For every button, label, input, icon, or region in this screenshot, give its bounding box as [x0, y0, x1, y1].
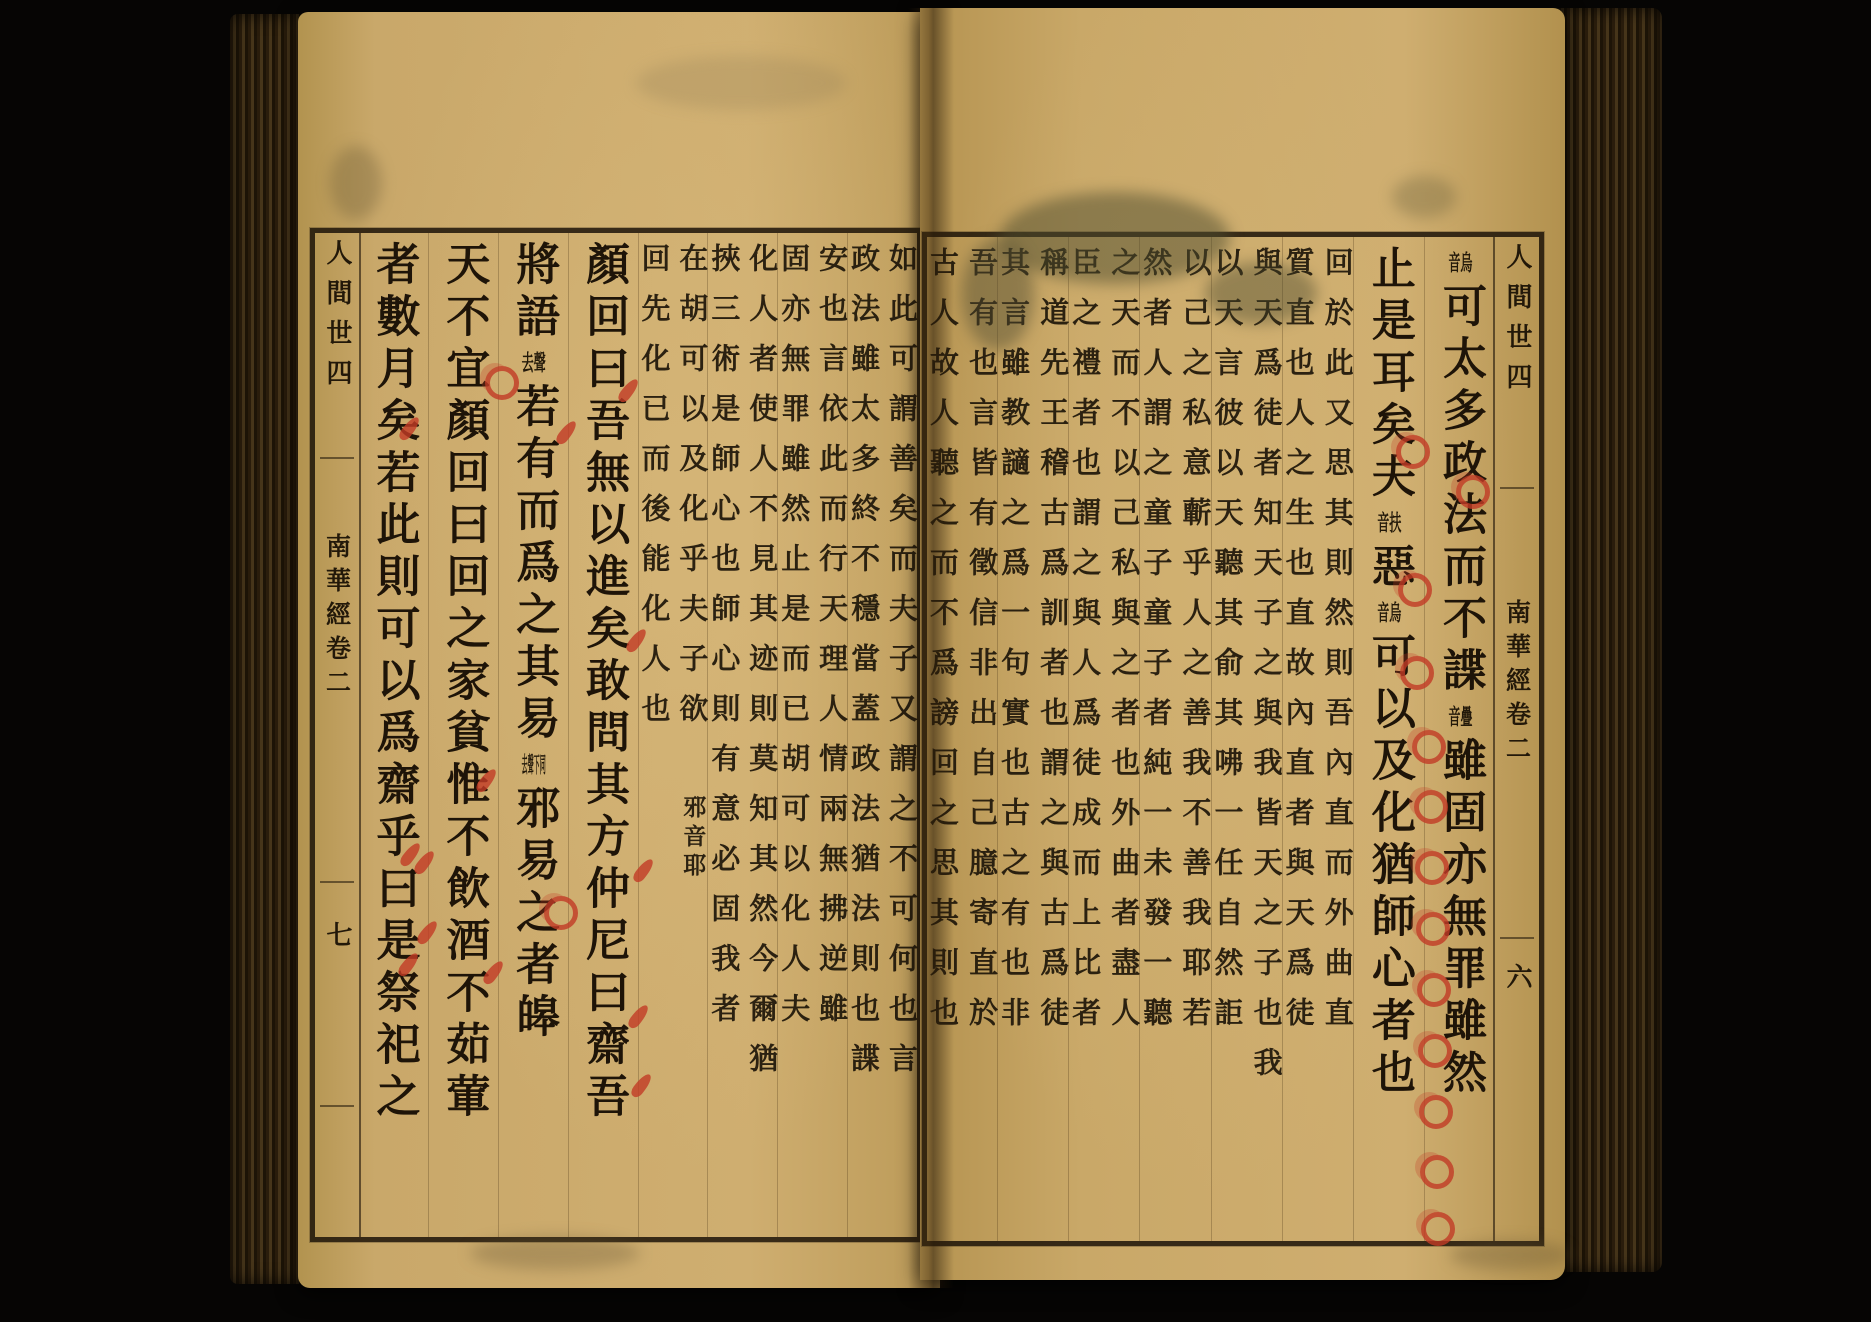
ink-stain [962, 238, 1034, 350]
red-punctuation-ring [1398, 573, 1432, 607]
red-punctuation-ring [1400, 656, 1434, 690]
paper-stain [1450, 1240, 1570, 1270]
commentary-left-subcolumn: 回先化已而後能化人也 [640, 243, 669, 743]
paper-stain [330, 146, 382, 220]
scripture-text: 若有而爲之其易 [508, 383, 559, 747]
pronunciation-gloss: 音扶 [1377, 505, 1402, 543]
ink-stain [1205, 262, 1317, 324]
left-folio-margin-strip: 人間世四 南華經卷二 七 [315, 233, 361, 1237]
right-text-frame: 人間世四 南華經卷二 六 音烏可太多政法而不諜音疊雖固亦無罪雖然止是耳矣夫音扶惡… [922, 232, 1544, 1246]
scripture-text: 將語 [508, 241, 559, 345]
commentary-left-subcolumn: 臣之禮者也謂之與人爲徒成而上比者 [1070, 247, 1099, 1047]
commentary-right-subcolumn: 安也言依此而行天理人情兩無拂逆雖 [817, 243, 846, 1043]
commentary-left-subcolumn: 質直也人之生也直故內直者與天爲徒 [1284, 247, 1313, 1047]
photo-canvas: 人間世四 南華經卷二 七 如此可謂善矣而夫子又謂之不可何也言政法雖太多終不穩當蓋… [0, 0, 1871, 1322]
column-text: 天不宜顏回曰回之家貧惟不飲酒不茹葷 [441, 241, 485, 1125]
strip-divider [320, 1105, 354, 1107]
commentary-column: 與天爲徒者知天子之與我皆天之子也我以天言彼以天聽其俞其咈一任自然詎 [1211, 237, 1282, 1241]
commentary-left-subcolumn: 其言雖教讁之爲一句實也古之有也非 [999, 247, 1028, 1047]
column-text: 者數月矣若此則可以爲齋乎曰是祭祀之 [371, 241, 415, 1125]
commentary-left-subcolumn: 以天言彼以天聽其俞其咈一任自然詎 [1213, 247, 1242, 1047]
commentary-right-subcolumn: 稱道先王稽古爲訓者也謂之與古爲徒 [1038, 247, 1067, 1047]
scripture-text: 可以及化猶師心者也 [1364, 633, 1415, 1101]
scripture-text: 天不宜顏回曰回之家貧惟不飲酒不茹葷 [438, 241, 489, 1125]
left-page: 人間世四 南華經卷二 七 如此可謂善矣而夫子又謂之不可何也言政法雖太多終不穩當蓋… [298, 12, 940, 1288]
column-text: 音烏可太多政法而不諜音疊雖固亦無罪雖然 [1438, 245, 1482, 1101]
red-punctuation-ring [544, 896, 578, 930]
pronunciation-gloss: 邪音耶 [679, 795, 705, 882]
chapter-label: 人間世四 [1504, 243, 1530, 403]
strip-divider [320, 881, 354, 883]
red-punctuation-ring [1419, 1095, 1453, 1129]
page-number: 六 [1504, 963, 1530, 989]
commentary-right-subcolumn: 回於此又思其則然則吾內直而外曲直 [1323, 247, 1352, 1047]
column-text: 顏回曰吾無以進矣敢問其方仲尼曰齋吾 [581, 241, 625, 1125]
paper-stain [636, 56, 846, 110]
red-punctuation-ring [1418, 1034, 1452, 1068]
ink-stain [1000, 192, 1230, 284]
commentary-right-subcolumn: 以己之私意蘄乎人之善我不善我耶若 [1181, 247, 1210, 1047]
main-text-column: 者數月矣若此則可以爲齋乎曰是祭祀之 [359, 233, 428, 1237]
commentary-right-subcolumn: 化人者使人不見其迹則莫知其然今爾猶 [747, 243, 776, 1093]
commentary-column: 化人者使人不見其迹則莫知其然今爾猶挾三術是師心也師心則有意必固我者 [707, 233, 777, 1237]
red-punctuation-ring [1415, 851, 1449, 885]
red-punctuation-ring [1412, 730, 1446, 764]
paper-stain [470, 1236, 640, 1270]
pronunciation-gloss: 音烏 [1448, 245, 1473, 283]
commentary-left-subcolumn: 然者人謂之童子童子者純一未發一聽 [1141, 247, 1170, 1047]
commentary-right-subcolumn: 與天爲徒者知天子之與我皆天之子也我 [1252, 247, 1281, 1097]
commentary-column: 在胡可以及化乎夫子欲邪音耶回先化已而後能化人也 [638, 233, 708, 1237]
strip-divider [1500, 937, 1534, 939]
gutter-shadow [908, 8, 954, 1288]
volume-label: 南華經卷二 [1505, 599, 1530, 769]
commentary-right-subcolumn: 在胡可以及化乎夫子欲邪音耶 [677, 243, 706, 882]
commentary-right-subcolumn: 之天而不以己私與之者也外曲者盡人 [1109, 247, 1138, 1047]
right-page: 人間世四 南華經卷二 六 音烏可太多政法而不諜音疊雖固亦無罪雖然止是耳矣夫音扶惡… [920, 8, 1565, 1280]
commentary-column: 以己之私意蘄乎人之善我不善我耶若然者人謂之童子童子者純一未發一聽 [1139, 237, 1210, 1241]
commentary-left-subcolumn: 政法雖太多終不穩當蓋政法猶法則也諜 [849, 243, 878, 1093]
pronunciation-gloss: 音烏 [1377, 595, 1402, 633]
page-stack-right-texture [1558, 8, 1662, 1272]
commentary-right-subcolumn: 吾有也言皆有徵信非出自己臆寄直於 [967, 247, 996, 1047]
commentary-column: 安也言依此而行天理人情兩無拂逆雖固亦無罪雖然止是而已胡可以化人夫 [777, 233, 847, 1237]
commentary-column: 之天而不以己私與之者也外曲者盡人臣之禮者也謂之與人爲徒成而上比者 [1068, 237, 1139, 1241]
ink-stain [1392, 176, 1456, 218]
pronunciation-gloss: 去聲下同 [521, 747, 546, 785]
page-number: 七 [324, 921, 350, 947]
left-text-frame: 人間世四 南華經卷二 七 如此可謂善矣而夫子又謂之不可何也言政法雖太多終不穩當蓋… [310, 228, 922, 1242]
pronunciation-gloss: 音疊 [1448, 699, 1473, 737]
pronunciation-gloss: 去聲 [521, 345, 546, 383]
scripture-text: 顏回曰吾無以進矣敢問其方仲尼曰齋吾 [578, 241, 629, 1125]
red-punctuation-ring [1396, 435, 1430, 469]
commentary-column: 回於此又思其則然則吾內直而外曲直質直也人之生也直故內直者與天爲徒 [1282, 237, 1353, 1241]
strip-divider [1500, 487, 1534, 489]
commentary-column: 如此可謂善矣而夫子又謂之不可何也言政法雖太多終不穩當蓋政法猶法則也諜 [847, 233, 917, 1237]
strip-divider [320, 457, 354, 459]
red-punctuation-ring [485, 366, 519, 400]
red-punctuation-ring [1456, 475, 1490, 509]
right-folio-margin-strip: 人間世四 南華經卷二 六 [1493, 237, 1539, 1241]
red-punctuation-ring [1421, 1212, 1455, 1246]
page-stack-left-texture [230, 14, 304, 1284]
commentary-column: 稱道先王稽古爲訓者也謂之與古爲徒其言雖教讁之爲一句實也古之有也非 [997, 237, 1068, 1241]
red-punctuation-ring [1416, 912, 1450, 946]
commentary-left-subcolumn: 固亦無罪雖然止是而已胡可以化人夫 [779, 243, 808, 1043]
red-punctuation-ring [1420, 1155, 1454, 1189]
scripture-text: 者數月矣若此則可以爲齋乎曰是祭祀之 [368, 241, 419, 1125]
right-text-columns: 音烏可太多政法而不諜音疊雖固亦無罪雖然止是耳矣夫音扶惡音烏可以及化猶師心者也回於… [927, 237, 1495, 1241]
commentary-left-subcolumn: 挾三術是師心也師心則有意必固我者 [709, 243, 738, 1043]
red-punctuation-ring [1417, 973, 1451, 1007]
chapter-label: 人間世四 [324, 239, 350, 399]
volume-label: 南華經卷二 [325, 533, 350, 703]
red-punctuation-ring [1414, 790, 1448, 824]
